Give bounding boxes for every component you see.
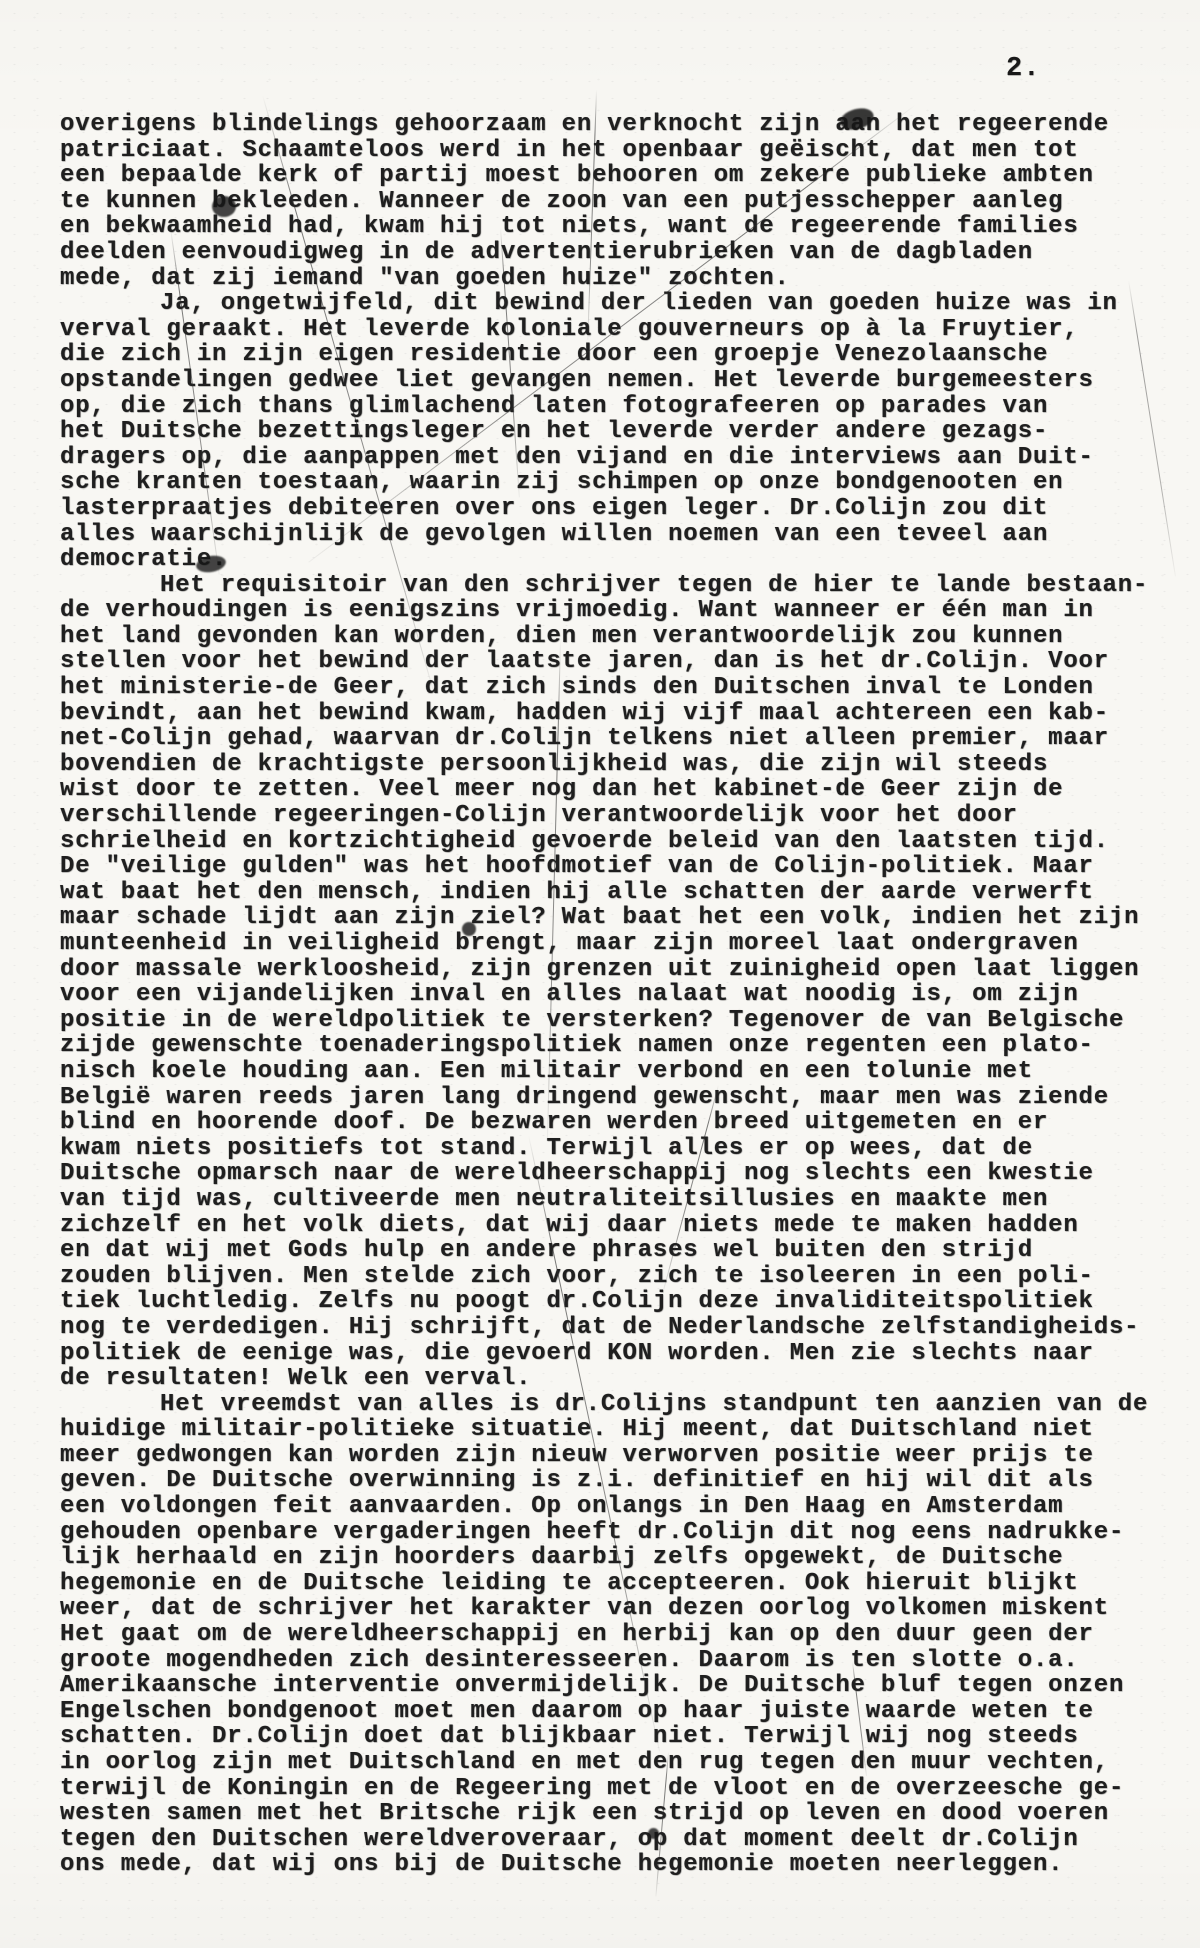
text-line: Het requisitoir van den schrijver tegen … (60, 573, 1165, 599)
text-line: nog te verdedigen. Hij schrijft, dat de … (60, 1315, 1165, 1341)
text-line: kwam niets positiefs tot stand. Terwijl … (60, 1136, 1165, 1162)
text-line: en bekwaamheid had, kwam hij tot niets, … (60, 214, 1165, 240)
text-line: groote mogendheden zich desinteresseeren… (60, 1648, 1165, 1674)
text-line: maar schade lijdt aan zijn ziel? Wat baa… (60, 905, 1165, 931)
ink-blot-artifact (648, 1828, 659, 1839)
text-line: Duitsche opmarsch naar de wereldheerscha… (60, 1161, 1165, 1187)
text-line: bevindt, aan het bewind kwam, hadden wij… (60, 701, 1165, 727)
paragraph: Het vreemdst van alles is dr.Colijns sta… (60, 1392, 1165, 1878)
text-line: geven. De Duitsche overwinning is z.i. d… (60, 1468, 1165, 1494)
text-line: schrielheid en kortzichtigheid gevoerde … (60, 829, 1165, 855)
text-line: op, die zich thans glimlachend laten fot… (60, 394, 1165, 420)
text-line: een bepaalde kerk of partij moest behoor… (60, 163, 1165, 189)
text-line: wat baat het den mensch, indien hij alle… (60, 880, 1165, 906)
text-line: bovendien de krachtigste persoonlijkheid… (60, 752, 1165, 778)
text-line: Engelschen bondgenoot moet men daarom op… (60, 1699, 1165, 1725)
text-line: die zich in zijn eigen residentie door e… (60, 342, 1165, 368)
ink-blot-artifact (462, 922, 476, 936)
text-line: positie in de wereldpolitiek te versterk… (60, 1008, 1165, 1034)
text-line: Amerikaansche interventie onvermijdelijk… (60, 1673, 1165, 1699)
text-line: democratie. (60, 547, 1165, 573)
text-line: alles waarschijnlijk de gevolgen willen … (60, 522, 1165, 548)
text-line: tegen den Duitschen wereldveroveraar, op… (60, 1827, 1165, 1853)
page-number: 2. (1006, 54, 1040, 84)
text-line: tiek luchtledig. Zelfs nu poogt dr.Colij… (60, 1289, 1165, 1315)
text-line: schatten. Dr.Colijn doet dat blijkbaar n… (60, 1724, 1165, 1750)
text-line: sche kranten toestaan, waarin zij schimp… (60, 470, 1165, 496)
text-line: in oorlog zijn met Duitschland en met de… (60, 1750, 1165, 1776)
text-line: nisch koele houding aan. Een militair ve… (60, 1059, 1165, 1085)
text-line: door massale werkloosheid, zijn grenzen … (60, 957, 1165, 983)
text-line: wist door te zetten. Veel meer nog dan h… (60, 777, 1165, 803)
text-line: De "veilige gulden" was het hoofdmotief … (60, 854, 1165, 880)
text-line: hegemonie en de Duitsche leiding te acce… (60, 1571, 1165, 1597)
text-line: terwijl de Koningin en de Regeering met … (60, 1776, 1165, 1802)
text-line: Het vreemdst van alles is dr.Colijns sta… (60, 1392, 1165, 1418)
text-line: de verhoudingen is eenigszins vrijmoedig… (60, 598, 1165, 624)
text-line: voor een vijandelijken inval en alles na… (60, 982, 1165, 1008)
text-line: deelden eenvoudigweg in de advertentieru… (60, 240, 1165, 266)
text-line: westen samen met het Britsche rijk een s… (60, 1801, 1165, 1827)
text-line: verschillende regeeringen-Colijn verantw… (60, 803, 1165, 829)
text-line: politiek de eenige was, die gevoerd KON … (60, 1341, 1165, 1367)
text-line: van tijd was, cultiveerde men neutralite… (60, 1187, 1165, 1213)
text-line: weer, dat de schrijver het karakter van … (60, 1596, 1165, 1622)
text-line: zijde gewenschte toenaderingspolitiek na… (60, 1033, 1165, 1059)
text-line: opstandelingen gedwee liet gevangen neme… (60, 368, 1165, 394)
text-line: overigens blindelings gehoorzaam en verk… (60, 112, 1165, 138)
text-line: huidige militair-politieke situatie. Hij… (60, 1417, 1165, 1443)
document-body: overigens blindelings gehoorzaam en verk… (60, 112, 1165, 1878)
text-line: patriciaat. Schaamteloos werd in het ope… (60, 138, 1165, 164)
text-line: het Duitsche bezettingsleger en het leve… (60, 419, 1165, 445)
text-line: zichzelf en het volk diets, dat wij daar… (60, 1213, 1165, 1239)
ink-blot-artifact (212, 196, 236, 217)
text-line: net-Colijn gehad, waarvan dr.Colijn telk… (60, 726, 1165, 752)
text-line: Het gaat om de wereldheerschappij en her… (60, 1622, 1165, 1648)
document-page: 2. overigens blindelings gehoorzaam en v… (0, 0, 1200, 1948)
text-line: blind en hoorende doof. De bezwaren werd… (60, 1110, 1165, 1136)
text-line: het land gevonden kan worden, dien men v… (60, 624, 1165, 650)
text-line: zouden blijven. Men stelde zich voor, zi… (60, 1264, 1165, 1290)
paragraph: Het requisitoir van den schrijver tegen … (60, 573, 1165, 1392)
text-line: Ja, ongetwijfeld, dit bewind der lieden … (60, 291, 1165, 317)
text-line: ons mede, dat wij ons bij de Duitsche he… (60, 1852, 1165, 1878)
text-line: de resultaten! Welk een verval. (60, 1366, 1165, 1392)
text-line: België waren reeds jaren lang dringend g… (60, 1085, 1165, 1111)
text-line: en dat wij met Gods hulp en andere phras… (60, 1238, 1165, 1264)
text-line: lijk herhaald en zijn hoorders daarbij z… (60, 1545, 1165, 1571)
text-line: stellen voor het bewind der laatste jare… (60, 649, 1165, 675)
text-line: verval geraakt. Het leverde koloniale go… (60, 317, 1165, 343)
text-line: meer gedwongen kan worden zijn nieuw ver… (60, 1443, 1165, 1469)
text-line: het ministerie-de Geer, dat zich sinds d… (60, 675, 1165, 701)
text-line: dragers op, die aanpappen met den vijand… (60, 445, 1165, 471)
text-line: een voldongen feit aanvaarden. Op onlang… (60, 1494, 1165, 1520)
text-line: mede, dat zij iemand "van goeden huize" … (60, 266, 1165, 292)
text-line: lasterpraatjes debiteeren over ons eigen… (60, 496, 1165, 522)
text-line: munteenheid in veiligheid brengt, maar z… (60, 931, 1165, 957)
